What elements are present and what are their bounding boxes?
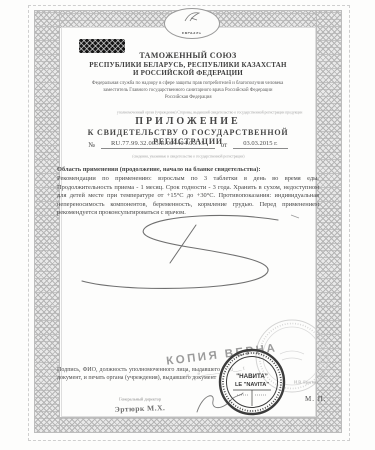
registration-footnote: (сведения, указанные в свидетельстве о г… xyxy=(60,154,316,160)
issuer-footnote-text: уполномоченный орган (учреждение) Сторон… xyxy=(117,111,303,115)
registration-footnote-text: (сведения, указанные в свидетельстве о г… xyxy=(132,155,244,159)
seal-line2: LE "NAVITA" xyxy=(235,382,269,388)
main-signature xyxy=(78,205,308,305)
agency-line3: Российская Федерация xyxy=(60,94,316,100)
registration-number: RU.77.99.32.003.Е.004404.03.15 xyxy=(101,140,215,149)
agency-line2: заместитель Главного государственного са… xyxy=(60,87,316,93)
director-title-text: Генеральный директор xyxy=(119,398,161,402)
signatory-name-text: И.В. Брагина xyxy=(294,381,318,385)
emblem-label: ЕВРАЗЭС xyxy=(182,32,202,35)
eurasec-bird-icon xyxy=(182,11,202,23)
agency-line1-text: Федеральная служба по надзору в сфере за… xyxy=(92,81,283,86)
agency-line1: Федеральная служба по надзору в сфере за… xyxy=(60,80,316,86)
registration-number-row: № RU.77.99.32.003.Е.004404.03.15 от 03.0… xyxy=(60,140,316,149)
eurasec-emblem: ЕВРАЗЭС xyxy=(164,8,220,39)
director-title: Генеральный директор xyxy=(110,397,170,403)
company-round-seal: "НАВИТА" LE "NAVITA" xyxy=(217,347,287,417)
agency-line3-text: Российская Федерация xyxy=(165,95,212,100)
guilloche-band-bottom xyxy=(34,417,342,433)
agency-line2-text: заместитель Главного государственного са… xyxy=(103,88,272,93)
union-title-line1: ТАМОЖЕННЫЙ СОЮЗ xyxy=(60,51,316,60)
union-title-line3: И РОССИЙСКОЙ ФЕДЕРАЦИИ xyxy=(60,69,316,77)
from-label: от xyxy=(221,141,227,149)
scanned-certificate-page: ЕВРАЗЭС ТАМОЖЕННЫЙ СОЮЗ РЕСПУБЛИКИ БЕЛАР… xyxy=(0,0,375,450)
signatory-name: И.В. Брагина xyxy=(294,380,328,386)
registration-date: 03.03.2015 г. xyxy=(233,140,287,149)
mp-label: М. П. xyxy=(305,395,327,403)
seal-line1: "НАВИТА" xyxy=(236,373,268,380)
union-title-line2: РЕСПУБЛИКИ БЕЛАРУСЬ, РЕСПУБЛИКИ КАЗАХСТА… xyxy=(60,61,316,69)
number-label: № xyxy=(88,141,95,149)
appendix-title: ПРИЛОЖЕНИЕ xyxy=(60,116,316,127)
scope-heading: Область применения (продолжение, начало … xyxy=(57,166,319,174)
